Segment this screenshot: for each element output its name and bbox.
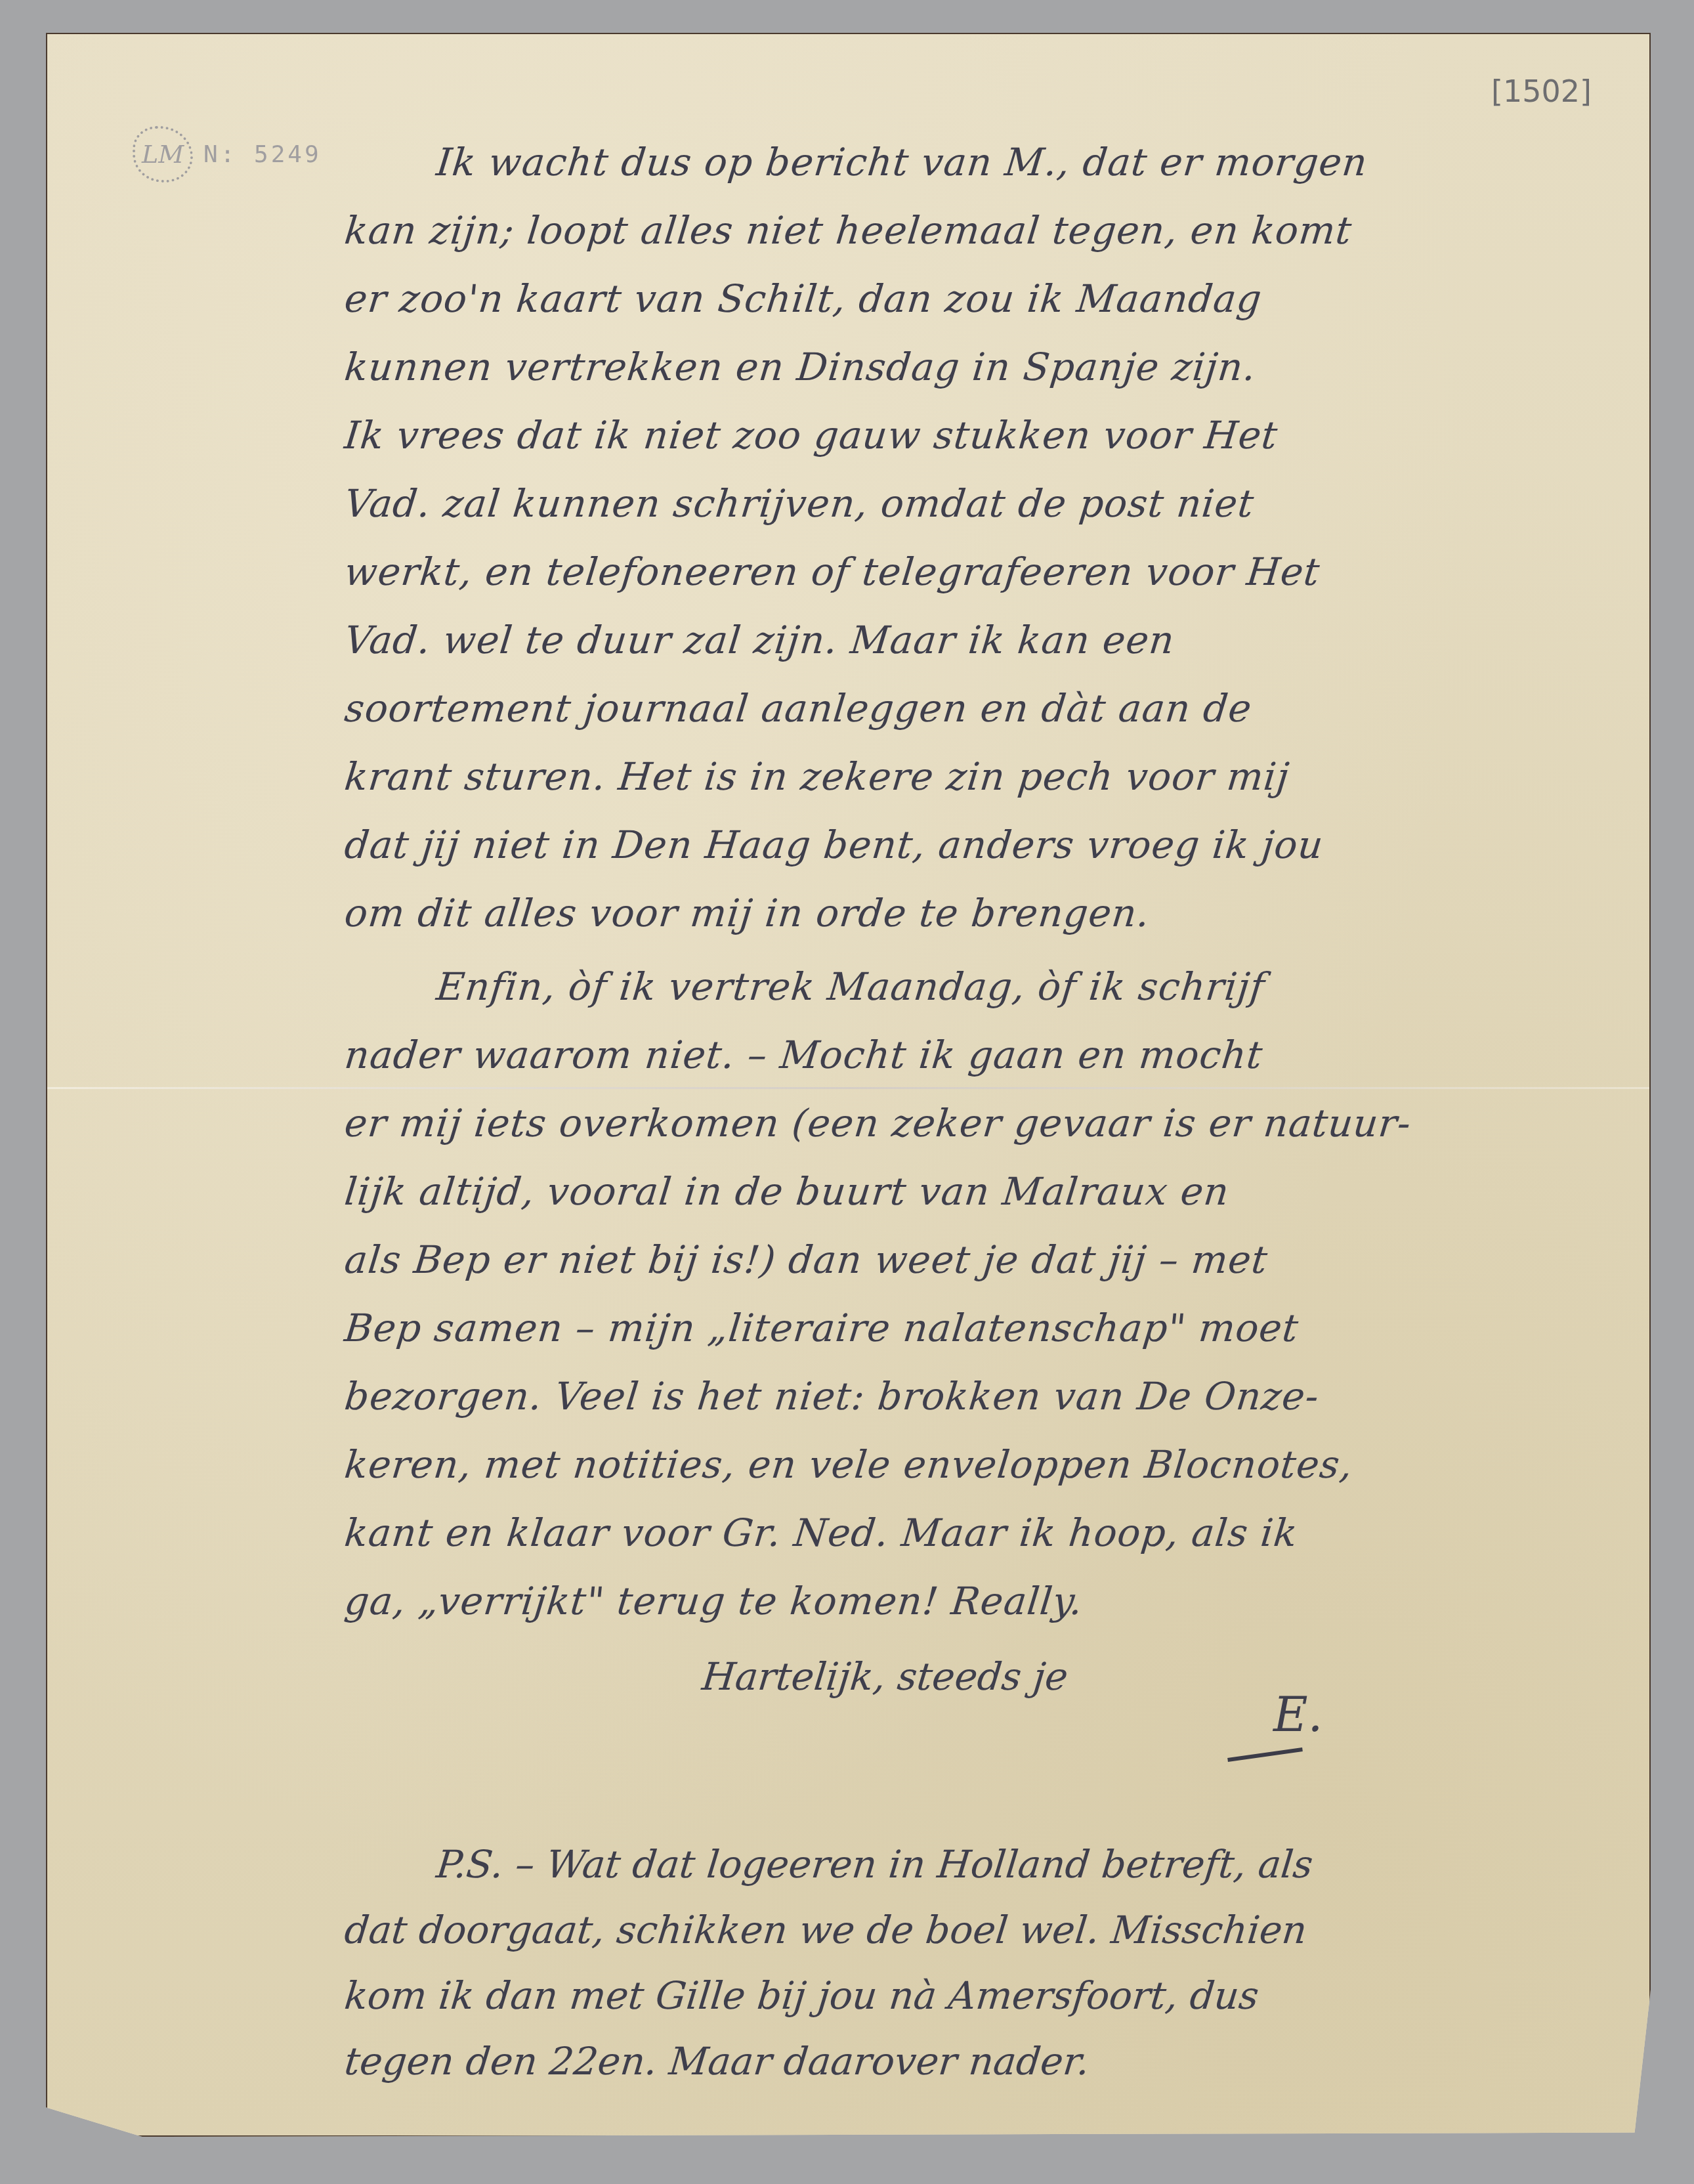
signature: E. <box>1273 1687 1323 1742</box>
archive-number: N: 5249 <box>203 141 322 168</box>
archive-stamp: LM N: 5249 <box>133 126 322 182</box>
text-line: ga, „verrijkt" terug te komen! Really. <box>341 1567 1635 1635</box>
text-line: keren, met notities, en vele enveloppen … <box>341 1430 1635 1499</box>
text-line: lijk altijd, vooral in de buurt van Malr… <box>341 1157 1635 1226</box>
text-line: kant en klaar voor Gr. Ned. Maar ik hoop… <box>341 1499 1635 1567</box>
paragraph-1: Ik wacht dus op bericht van M., dat er m… <box>341 128 1628 947</box>
text-line: Bep samen – mijn „literaire nalatenschap… <box>341 1294 1635 1362</box>
archive-logo-icon: LM <box>133 126 193 182</box>
text-line: Enfin, òf ik vertrek Maandag, òf ik schr… <box>341 953 1635 1021</box>
text-line: kunnen vertrekken en Dinsdag in Spanje z… <box>341 333 1635 401</box>
text-line: kan zijn; loopt alles niet heelemaal teg… <box>341 196 1635 265</box>
text-line: als Bep er niet bij is!) dan weet je dat… <box>341 1226 1635 1294</box>
pencil-page-number: 1502 <box>1491 74 1592 109</box>
text-line: Ik vrees dat ik niet zoo gauw stukken vo… <box>341 401 1635 469</box>
ps-line: P.S. – Wat dat logeeren in Holland betre… <box>341 1831 1635 1897</box>
text-line: er zoo'n kaart van Schilt, dan zou ik Ma… <box>341 265 1635 333</box>
paragraph-2: Enfin, òf ik vertrek Maandag, òf ik schr… <box>341 953 1628 1635</box>
text-line: Vad. wel te duur zal zijn. Maar ik kan e… <box>341 606 1635 674</box>
text-line: bezorgen. Veel is het niet: brokken van … <box>341 1362 1635 1430</box>
text-line: soortement journaal aanleggen en dàt aan… <box>341 674 1635 742</box>
ps-line: kom ik dan met Gille bij jou nà Amersfoo… <box>341 1963 1635 2028</box>
closing-salutation: Hartelijk, steeds je <box>700 1654 1070 1699</box>
ps-line: dat doorgaat, schikken we de boel wel. M… <box>341 1897 1635 1963</box>
text-line: werkt, en telefoneeren of telegrafeeren … <box>341 538 1635 606</box>
text-line: om dit alles voor mij in orde te brengen… <box>341 879 1635 947</box>
text-line: Ik wacht dus op bericht van M., dat er m… <box>341 128 1635 196</box>
text-line: er mij iets overkomen (een zeker gevaar … <box>341 1089 1635 1157</box>
text-line: krant sturen. Het is in zekere zin pech … <box>341 742 1635 811</box>
text-line: nader waarom niet. – Mocht ik gaan en mo… <box>341 1021 1635 1089</box>
ps-line: tegen den 22en. Maar daarover nader. <box>341 2028 1635 2094</box>
text-line: dat jij niet in Den Haag bent, anders vr… <box>341 811 1635 879</box>
letter-body: Ik wacht dus op bericht van M., dat er m… <box>341 128 1628 1635</box>
postscript: P.S. – Wat dat logeeren in Holland betre… <box>341 1831 1628 2094</box>
text-line: Vad. zal kunnen schrijven, omdat de post… <box>341 469 1635 538</box>
